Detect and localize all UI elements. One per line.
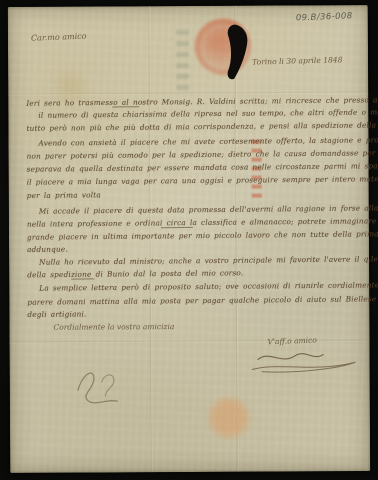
- closing-line: Cordialmente la vostra amicizia: [53, 322, 174, 332]
- letter-line: addunque.: [27, 245, 68, 254]
- salutation: Car.mo amico: [31, 32, 87, 43]
- letter-line: non parer potersi più comodo per la sped…: [27, 148, 378, 161]
- letter-line: grande piacere in ultima importante per …: [27, 229, 378, 242]
- letter-line: La semplice lettera però di proposito sa…: [39, 280, 378, 293]
- wax-seal-bleedthrough: [206, 396, 252, 440]
- faint-stamp-bleedthrough: [176, 30, 189, 90]
- dateline: Torino li 30 aprile 1848: [252, 55, 343, 66]
- letter-line: degli artigiani.: [27, 309, 86, 319]
- catalog-number: 09.B/36-008: [296, 11, 353, 23]
- letter-line: Mi accade il piacere di questa data prom…: [39, 203, 378, 216]
- letter-line: Nulla ho ricevuto dal ministro; anche a …: [39, 254, 378, 267]
- manuscript-underline: [71, 278, 94, 279]
- letter-line: il piacere a mia lunga vaga per cara una…: [27, 174, 378, 186]
- verso-scribble: [72, 362, 144, 412]
- ink-blob: [222, 23, 254, 83]
- letter-line: separava da quella destinata per essere …: [27, 161, 378, 173]
- letter-line: della spedizione di Bunio dal la posta d…: [27, 268, 243, 279]
- manuscript-underline: [112, 106, 139, 107]
- letter-line: il numero di questa chiarissima della ri…: [38, 107, 378, 120]
- signature-line: V'aff.o amico: [267, 335, 317, 346]
- letter-line: parere domani mattina alla mia posta per…: [27, 294, 378, 307]
- letter-line: nella intera professione e ordinai circa…: [27, 216, 378, 228]
- letter-line: tutto però non più che più dotta di mia …: [26, 120, 378, 133]
- letter-page: 09.B/36-008 Car.mo amico Torino li 30 ap…: [8, 5, 370, 473]
- manuscript-underline: [161, 227, 193, 228]
- letter-line: per la prima volta: [27, 190, 101, 200]
- letter-line: Avendo con ansietà il piacere che mi ave…: [38, 135, 378, 148]
- signature-flourish: [250, 347, 360, 376]
